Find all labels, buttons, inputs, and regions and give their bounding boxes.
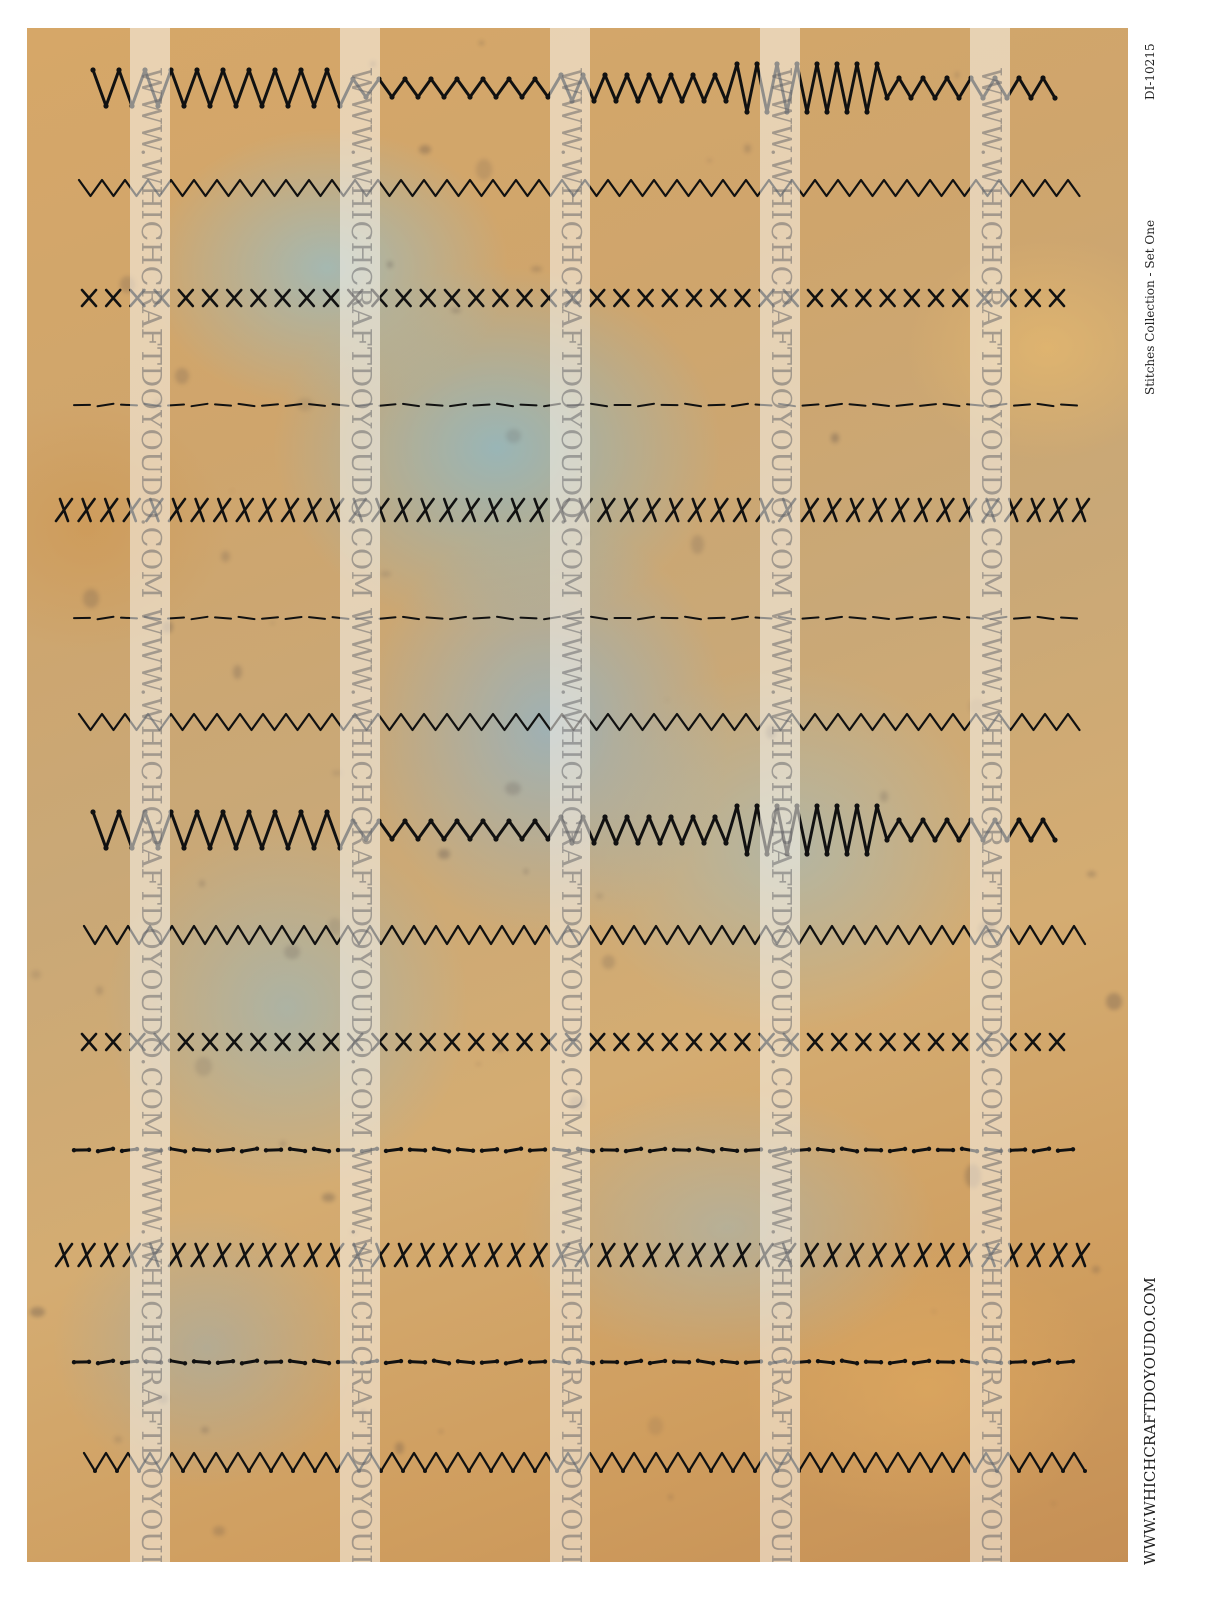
product-code: DI-10215 xyxy=(1143,28,1157,100)
watermark-band: WWW.WHICHCRAFTDOYOUDO.COM WWW.WHICHCRAFT… xyxy=(970,28,1010,1562)
website-url: WWW.WHICHCRAFTDOYOUDO.COM xyxy=(1141,1185,1159,1565)
watermark-text: WWW.WHICHCRAFTDOYOUDO.COM WWW.WHICHCRAFT… xyxy=(970,28,1010,1562)
watermark-text: WWW.WHICHCRAFTDOYOUDO.COM WWW.WHICHCRAFT… xyxy=(760,28,800,1562)
watermark-band: WWW.WHICHCRAFTDOYOUDO.COM WWW.WHICHCRAFT… xyxy=(130,28,170,1562)
watermark-text: WWW.WHICHCRAFTDOYOUDO.COM WWW.WHICHCRAFT… xyxy=(340,28,380,1562)
watermark-text: WWW.WHICHCRAFTDOYOUDO.COM WWW.WHICHCRAFT… xyxy=(130,28,170,1562)
collection-title: Stitches Collection - Set One xyxy=(1143,170,1157,395)
watermark-text: WWW.WHICHCRAFTDOYOUDO.COM WWW.WHICHCRAFT… xyxy=(550,28,590,1562)
watermark-band: WWW.WHICHCRAFTDOYOUDO.COM WWW.WHICHCRAFT… xyxy=(550,28,590,1562)
watermark-band: WWW.WHICHCRAFTDOYOUDO.COM WWW.WHICHCRAFT… xyxy=(760,28,800,1562)
distressed-paper-background: WWW.WHICHCRAFTDOYOUDO.COM WWW.WHICHCRAFT… xyxy=(27,28,1128,1562)
watermark-band: WWW.WHICHCRAFTDOYOUDO.COM WWW.WHICHCRAFT… xyxy=(340,28,380,1562)
